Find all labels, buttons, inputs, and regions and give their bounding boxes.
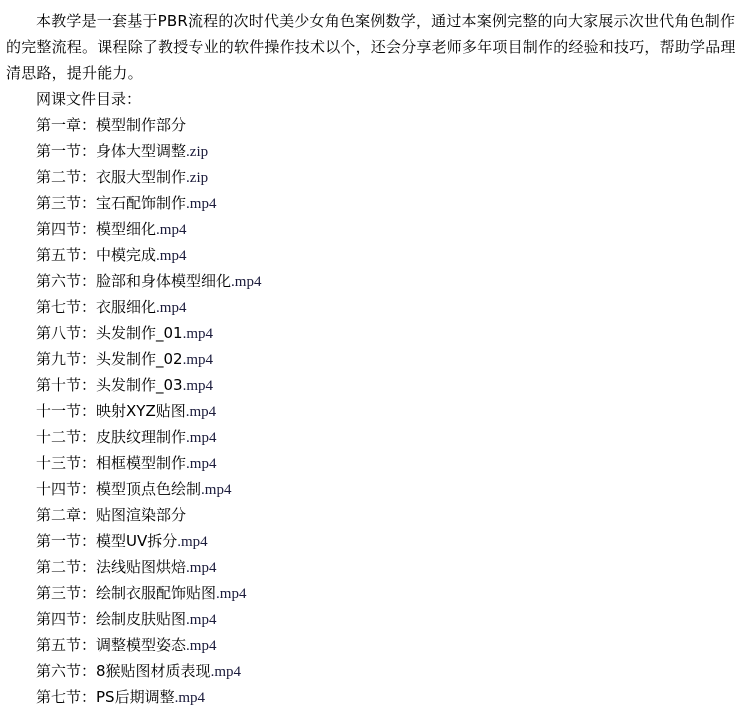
file-list-item: 第六节：8猴贴图材质表现.mp4 bbox=[36, 658, 750, 684]
item-prefix: 第二节： bbox=[36, 168, 96, 186]
file-list-item: 第十节：头发制作_03.mp4 bbox=[36, 372, 750, 398]
file-list-item: 第四节：绘制皮肤贴图.mp4 bbox=[36, 606, 750, 632]
item-extension: .zip bbox=[186, 170, 208, 186]
item-prefix: 第一节： bbox=[36, 142, 96, 160]
document-body: 本教学是一套基于PBR流程的次时代美少女角色案例数学，通过本案例完整的向大家展示… bbox=[0, 0, 750, 710]
item-extension: .mp4 bbox=[183, 326, 213, 342]
item-extension: .mp4 bbox=[156, 300, 186, 316]
file-list-item: 第三节：绘制衣服配饰贴图.mp4 bbox=[36, 580, 750, 606]
file-list-item: 第三节：宝石配饰制作.mp4 bbox=[36, 190, 750, 216]
item-prefix: 第二节： bbox=[36, 558, 96, 576]
item-extension: .mp4 bbox=[183, 352, 213, 368]
item-prefix: 第六节： bbox=[36, 272, 96, 290]
item-name: 衣服细化 bbox=[96, 298, 156, 316]
item-name: 模型UV拆分 bbox=[96, 532, 177, 550]
item-name: PS后期调整 bbox=[96, 688, 175, 706]
item-extension: .mp4 bbox=[186, 638, 216, 654]
item-name: 皮肤纹理制作 bbox=[96, 428, 186, 446]
file-list-item: 第八节：头发制作_01.mp4 bbox=[36, 320, 750, 346]
item-extension: .mp4 bbox=[201, 482, 231, 498]
item-extension: .mp4 bbox=[186, 430, 216, 446]
item-extension: .mp4 bbox=[211, 664, 241, 680]
item-prefix: 第三节： bbox=[36, 584, 96, 602]
item-prefix: 第七节： bbox=[36, 298, 96, 316]
item-prefix: 十四节： bbox=[36, 480, 96, 498]
item-name: 头发制作_01 bbox=[96, 324, 183, 342]
item-prefix: 第四节： bbox=[36, 610, 96, 628]
item-name: 映射XYZ贴图 bbox=[96, 402, 186, 420]
file-list-item: 第七节：衣服细化.mp4 bbox=[36, 294, 750, 320]
item-extension: .mp4 bbox=[156, 248, 186, 264]
item-name: 模型细化 bbox=[96, 220, 156, 238]
file-list-item: 第六节：脸部和身体模型细化.mp4 bbox=[36, 268, 750, 294]
item-prefix: 第五节： bbox=[36, 636, 96, 654]
item-extension: .mp4 bbox=[183, 378, 213, 394]
item-extension: .mp4 bbox=[186, 456, 216, 472]
item-prefix: 第六节： bbox=[36, 662, 96, 680]
item-prefix: 十二节： bbox=[36, 428, 96, 446]
item-prefix: 第九节： bbox=[36, 350, 96, 368]
file-list-item: 第二节：法线贴图烘焙.mp4 bbox=[36, 554, 750, 580]
directory-list: 第一章：模型制作部分第一节：身体大型调整.zip第二节：衣服大型制作.zip第三… bbox=[6, 112, 750, 710]
intro-paragraph: 本教学是一套基于PBR流程的次时代美少女角色案例数学，通过本案例完整的向大家展示… bbox=[6, 8, 750, 86]
item-name: 相框模型制作 bbox=[96, 454, 186, 472]
chapter-heading: 第一章：模型制作部分 bbox=[36, 112, 750, 138]
file-list-item: 十四节：模型顶点色绘制.mp4 bbox=[36, 476, 750, 502]
item-extension: .mp4 bbox=[216, 586, 246, 602]
file-list-item: 第九节：头发制作_02.mp4 bbox=[36, 346, 750, 372]
item-name: 绘制皮肤贴图 bbox=[96, 610, 186, 628]
item-extension: .mp4 bbox=[231, 274, 261, 290]
file-list-item: 十三节：相框模型制作.mp4 bbox=[36, 450, 750, 476]
item-extension: .mp4 bbox=[186, 560, 216, 576]
item-name: 模型顶点色绘制 bbox=[96, 480, 201, 498]
item-name: 宝石配饰制作 bbox=[96, 194, 186, 212]
item-extension: .zip bbox=[186, 144, 208, 160]
item-name: 绘制衣服配饰贴图 bbox=[96, 584, 216, 602]
file-list-item: 第五节：中模完成.mp4 bbox=[36, 242, 750, 268]
item-name: 身体大型调整 bbox=[96, 142, 186, 160]
item-prefix: 十三节： bbox=[36, 454, 96, 472]
chapter-heading: 第二章：贴图渲染部分 bbox=[36, 502, 750, 528]
item-name: 脸部和身体模型细化 bbox=[96, 272, 231, 290]
item-name: 衣服大型制作 bbox=[96, 168, 186, 186]
item-prefix: 第十节： bbox=[36, 376, 96, 394]
file-list-item: 十一节：映射XYZ贴图.mp4 bbox=[36, 398, 750, 424]
item-prefix: 第一节： bbox=[36, 532, 96, 550]
item-extension: .mp4 bbox=[156, 222, 186, 238]
item-extension: .mp4 bbox=[186, 196, 216, 212]
item-extension: .mp4 bbox=[175, 690, 205, 706]
file-list-item: 第一节：身体大型调整.zip bbox=[36, 138, 750, 164]
item-name: 模型制作部分 bbox=[96, 116, 186, 134]
file-list-item: 第五节：调整模型姿态.mp4 bbox=[36, 632, 750, 658]
item-extension: .mp4 bbox=[186, 404, 216, 420]
item-name: 头发制作_02 bbox=[96, 350, 183, 368]
item-prefix: 第八节： bbox=[36, 324, 96, 342]
file-list-item: 第二节：衣服大型制作.zip bbox=[36, 164, 750, 190]
item-name: 调整模型姿态 bbox=[96, 636, 186, 654]
item-name: 中模完成 bbox=[96, 246, 156, 264]
item-prefix: 第二章： bbox=[36, 506, 96, 524]
file-list-item: 十二节：皮肤纹理制作.mp4 bbox=[36, 424, 750, 450]
item-prefix: 第四节： bbox=[36, 220, 96, 238]
item-name: 贴图渲染部分 bbox=[96, 506, 186, 524]
item-name: 法线贴图烘焙 bbox=[96, 558, 186, 576]
item-prefix: 十一节： bbox=[36, 402, 96, 420]
file-list-item: 第一节：模型UV拆分.mp4 bbox=[36, 528, 750, 554]
item-prefix: 第一章： bbox=[36, 116, 96, 134]
directory-title: 网课文件目录： bbox=[6, 86, 750, 112]
item-name: 8猴贴图材质表现 bbox=[96, 662, 211, 680]
item-extension: .mp4 bbox=[186, 612, 216, 628]
item-prefix: 第五节： bbox=[36, 246, 96, 264]
file-list-item: 第四节：模型细化.mp4 bbox=[36, 216, 750, 242]
item-prefix: 第七节： bbox=[36, 688, 96, 706]
item-name: 头发制作_03 bbox=[96, 376, 183, 394]
file-list-item: 第七节：PS后期调整.mp4 bbox=[36, 684, 750, 710]
item-prefix: 第三节： bbox=[36, 194, 96, 212]
item-extension: .mp4 bbox=[177, 534, 207, 550]
